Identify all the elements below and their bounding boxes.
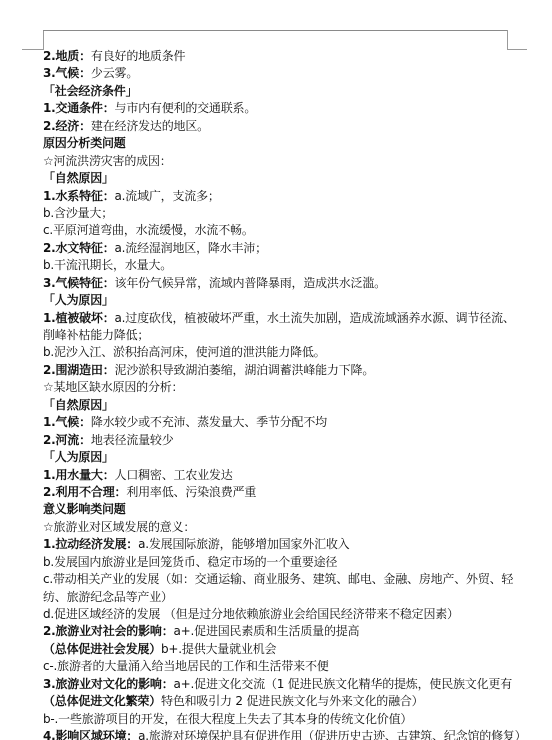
line-label: 2.围湖造田： — [43, 363, 115, 377]
line-text: b.干流汛期长，水量大。 — [43, 258, 172, 272]
line-text: b.发展国内旅游业是回笼货币、稳定市场的一个重要途径 — [43, 555, 337, 569]
line-text: 该年份气候异常，流域内普降暴雨，造成洪水泛滥。 — [115, 276, 386, 290]
line-label: 4.影响区域环境： — [43, 729, 138, 740]
text-line: b.泥沙入江、淤积抬高河床，使河道的泄洪能力降低。 — [43, 344, 513, 361]
text-line: 1.交通条件：与市内有便利的交通联系。 — [43, 100, 513, 117]
text-line: 4.影响区域环境：a.旅游对环境保护具有促进作用（促进历史古迹、古建筑、纪念馆的… — [43, 728, 513, 740]
text-line: ☆某地区缺水原因的分析： — [43, 379, 513, 396]
line-label: 意义影响类问题 — [43, 502, 126, 516]
text-line: 「自然原因」 — [43, 397, 513, 414]
line-label: 1.拉动经济发展： — [43, 537, 138, 551]
page-corner-mark-left-horizontal — [22, 49, 44, 50]
text-line: 1.水系特征：a.流域广，支流多； — [43, 188, 513, 205]
text-line: 1.植被破坏：a.过度砍伐，植被破坏严重，水土流失加剧，造成流域涵养水源、调节径… — [43, 310, 513, 327]
text-line: c.平原河道弯曲，水流缓慢，水流不畅。 — [43, 222, 513, 239]
line-label: 「自然原因」 — [43, 171, 114, 185]
line-label: 2.河流： — [43, 433, 91, 447]
line-text: ☆河流洪涝灾害的成因： — [43, 154, 172, 168]
line-label: 2.利用不合理： — [43, 485, 126, 499]
text-line: 意义影响类问题 — [43, 501, 513, 518]
line-label: 1.交通条件： — [43, 101, 115, 115]
line-label: 1.植被破坏： — [43, 311, 115, 325]
line-text: 削峰补枯能力降低； — [43, 328, 149, 342]
text-line: 3.旅游业对文化的影响：a+.促进文化交流（1 促进民族文化精华的提炼，使民族文… — [43, 676, 513, 693]
text-line: 1.拉动经济发展：a.发展国际旅游，能够增加国家外汇收入 — [43, 536, 513, 553]
line-text: a.流经湿润地区，降水丰沛； — [115, 241, 267, 255]
line-text: a+.促进文化交流（1 促进民族文化精华的提炼，使民族文化更有 — [174, 677, 512, 691]
text-line: b.含沙量大； — [43, 205, 513, 222]
text-line: 2.经济：建在经济发达的地区。 — [43, 118, 513, 135]
line-text: c.平原河道弯曲，水流缓慢，水流不畅。 — [43, 223, 254, 237]
line-label: 「人为原因」 — [43, 293, 114, 307]
line-text: b.含沙量大； — [43, 206, 113, 220]
line-text: 泥沙淤积导致湖泊萎缩，湖泊调蓄洪峰能力下降。 — [115, 363, 375, 377]
text-line: 1.用水量大：人口稠密、工农业发达 — [43, 467, 513, 484]
line-text: 特色和吸引力 2 促进民族文化与外来文化的融合） — [161, 694, 423, 708]
text-line: 「人为原因」 — [43, 292, 513, 309]
text-line: 2.河流：地表径流量较少 — [43, 432, 513, 449]
text-line: 「社会经济条件」 — [43, 83, 513, 100]
line-label: 1.气候： — [43, 415, 91, 429]
line-label: 「人为原因」 — [43, 450, 114, 464]
text-line: 2.地质：有良好的地质条件 — [43, 48, 513, 65]
line-text: a+.促进国民素质和生活质量的提高 — [174, 624, 360, 638]
line-text: a.旅游对环境保护具有促进作用（促进历史古迹、古建筑、纪念馆的修复） — [138, 729, 526, 740]
line-label: 2.旅游业对社会的影响： — [43, 624, 174, 638]
line-text: 有良好的地质条件 — [91, 49, 185, 63]
text-line: 纺、旅游纪念品等产业） — [43, 589, 513, 606]
line-text: 建在经济发达的地区。 — [91, 119, 209, 133]
line-label: （总体促进社会发展） — [43, 642, 161, 656]
line-label: 1.水系特征： — [43, 189, 115, 203]
line-text: a.流域广，支流多； — [115, 189, 220, 203]
text-line: 2.利用不合理：利用率低、污染浪费严重 — [43, 484, 513, 501]
text-line: c-.旅游者的大量涌入给当地居民的工作和生活带来不便 — [43, 658, 513, 675]
line-label: 「自然原因」 — [43, 398, 114, 412]
text-line: c.带动相关产业的发展（如：交通运输、商业服务、建筑、邮电、金融、房地产、外贸、… — [43, 571, 513, 588]
text-line: 「自然原因」 — [43, 170, 513, 187]
line-label: 3.气候： — [43, 66, 91, 80]
line-text: 地表径流量较少 — [91, 433, 174, 447]
document-page[interactable]: 2.地质：有良好的地质条件3.气候：少云雾。「社会经济条件」1.交通条件：与市内… — [43, 48, 513, 740]
line-text: b.泥沙入江、淤积抬高河床，使河道的泄洪能力降低。 — [43, 345, 325, 359]
text-line: （总体促进文化繁荣）特色和吸引力 2 促进民族文化与外来文化的融合） — [43, 693, 513, 710]
text-line: 2.围湖造田：泥沙淤积导致湖泊萎缩，湖泊调蓄洪峰能力下降。 — [43, 362, 513, 379]
text-line: b.干流汛期长，水量大。 — [43, 257, 513, 274]
line-text: b+.提供大量就业机会 — [161, 642, 276, 656]
line-text: c-.旅游者的大量涌入给当地居民的工作和生活带来不便 — [43, 659, 329, 673]
text-line: d.促进区域经济的发展 （但是过分地依赖旅游业会给国民经济带来不稳定因素） — [43, 606, 513, 623]
line-label: 2.地质： — [43, 49, 91, 63]
text-line: 原因分析类问题 — [43, 135, 513, 152]
line-text: 降水较少或不充沛、蒸发量大、季节分配不均 — [91, 415, 327, 429]
line-label: 3.旅游业对文化的影响： — [43, 677, 174, 691]
line-text: d.促进区域经济的发展 （但是过分地依赖旅游业会给国民经济带来不稳定因素） — [43, 607, 459, 621]
line-label: 原因分析类问题 — [43, 136, 126, 150]
text-line: （总体促进社会发展）b+.提供大量就业机会 — [43, 641, 513, 658]
line-label: 2.水文特征： — [43, 241, 115, 255]
line-text: a.过度砍伐，植被破坏严重，水土流失加剧，造成流域涵养水源、调节径流、 — [115, 311, 515, 325]
line-text: 纺、旅游纪念品等产业） — [43, 590, 173, 604]
line-text: a.发展国际旅游，能够增加国家外汇收入 — [138, 537, 349, 551]
text-line: ☆河流洪涝灾害的成因： — [43, 153, 513, 170]
line-text: 人口稠密、工农业发达 — [115, 468, 233, 482]
text-line: 「人为原因」 — [43, 449, 513, 466]
text-line: 2.水文特征：a.流经湿润地区，降水丰沛； — [43, 240, 513, 257]
line-text: ☆旅游业对区域发展的意义： — [43, 520, 195, 534]
line-label: 1.用水量大： — [43, 468, 115, 482]
line-label: （总体促进文化繁荣） — [43, 694, 161, 708]
line-text: 利用率低、污染浪费严重 — [126, 485, 256, 499]
page-corner-mark-right-vertical — [507, 30, 508, 50]
line-label: 2.经济： — [43, 119, 91, 133]
line-label: 3.气候特征： — [43, 276, 115, 290]
line-text: 与市内有便利的交通联系。 — [115, 101, 257, 115]
line-text: b-.一些旅游项目的开发，在很大程度上失去了其本身的传统文化价值） — [43, 712, 412, 726]
line-label: 「社会经济条件」 — [43, 84, 137, 98]
text-line: b.发展国内旅游业是回笼货币、稳定市场的一个重要途径 — [43, 554, 513, 571]
page-corner-mark-left-vertical — [43, 30, 44, 50]
line-text: c.带动相关产业的发展（如：交通运输、商业服务、建筑、邮电、金融、房地产、外贸、… — [43, 572, 513, 586]
text-line: 3.气候：少云雾。 — [43, 65, 513, 82]
text-line: ☆旅游业对区域发展的意义： — [43, 519, 513, 536]
text-line: b-.一些旅游项目的开发，在很大程度上失去了其本身的传统文化价值） — [43, 711, 513, 728]
text-line: 1.气候：降水较少或不充沛、蒸发量大、季节分配不均 — [43, 414, 513, 431]
line-text: 少云雾。 — [91, 66, 138, 80]
line-text: ☆某地区缺水原因的分析： — [43, 380, 183, 394]
text-line: 2.旅游业对社会的影响：a+.促进国民素质和生活质量的提高 — [43, 623, 513, 640]
text-line: 3.气候特征：该年份气候异常，流域内普降暴雨，造成洪水泛滥。 — [43, 275, 513, 292]
text-line: 削峰补枯能力降低； — [43, 327, 513, 344]
page-top-border — [43, 30, 507, 31]
